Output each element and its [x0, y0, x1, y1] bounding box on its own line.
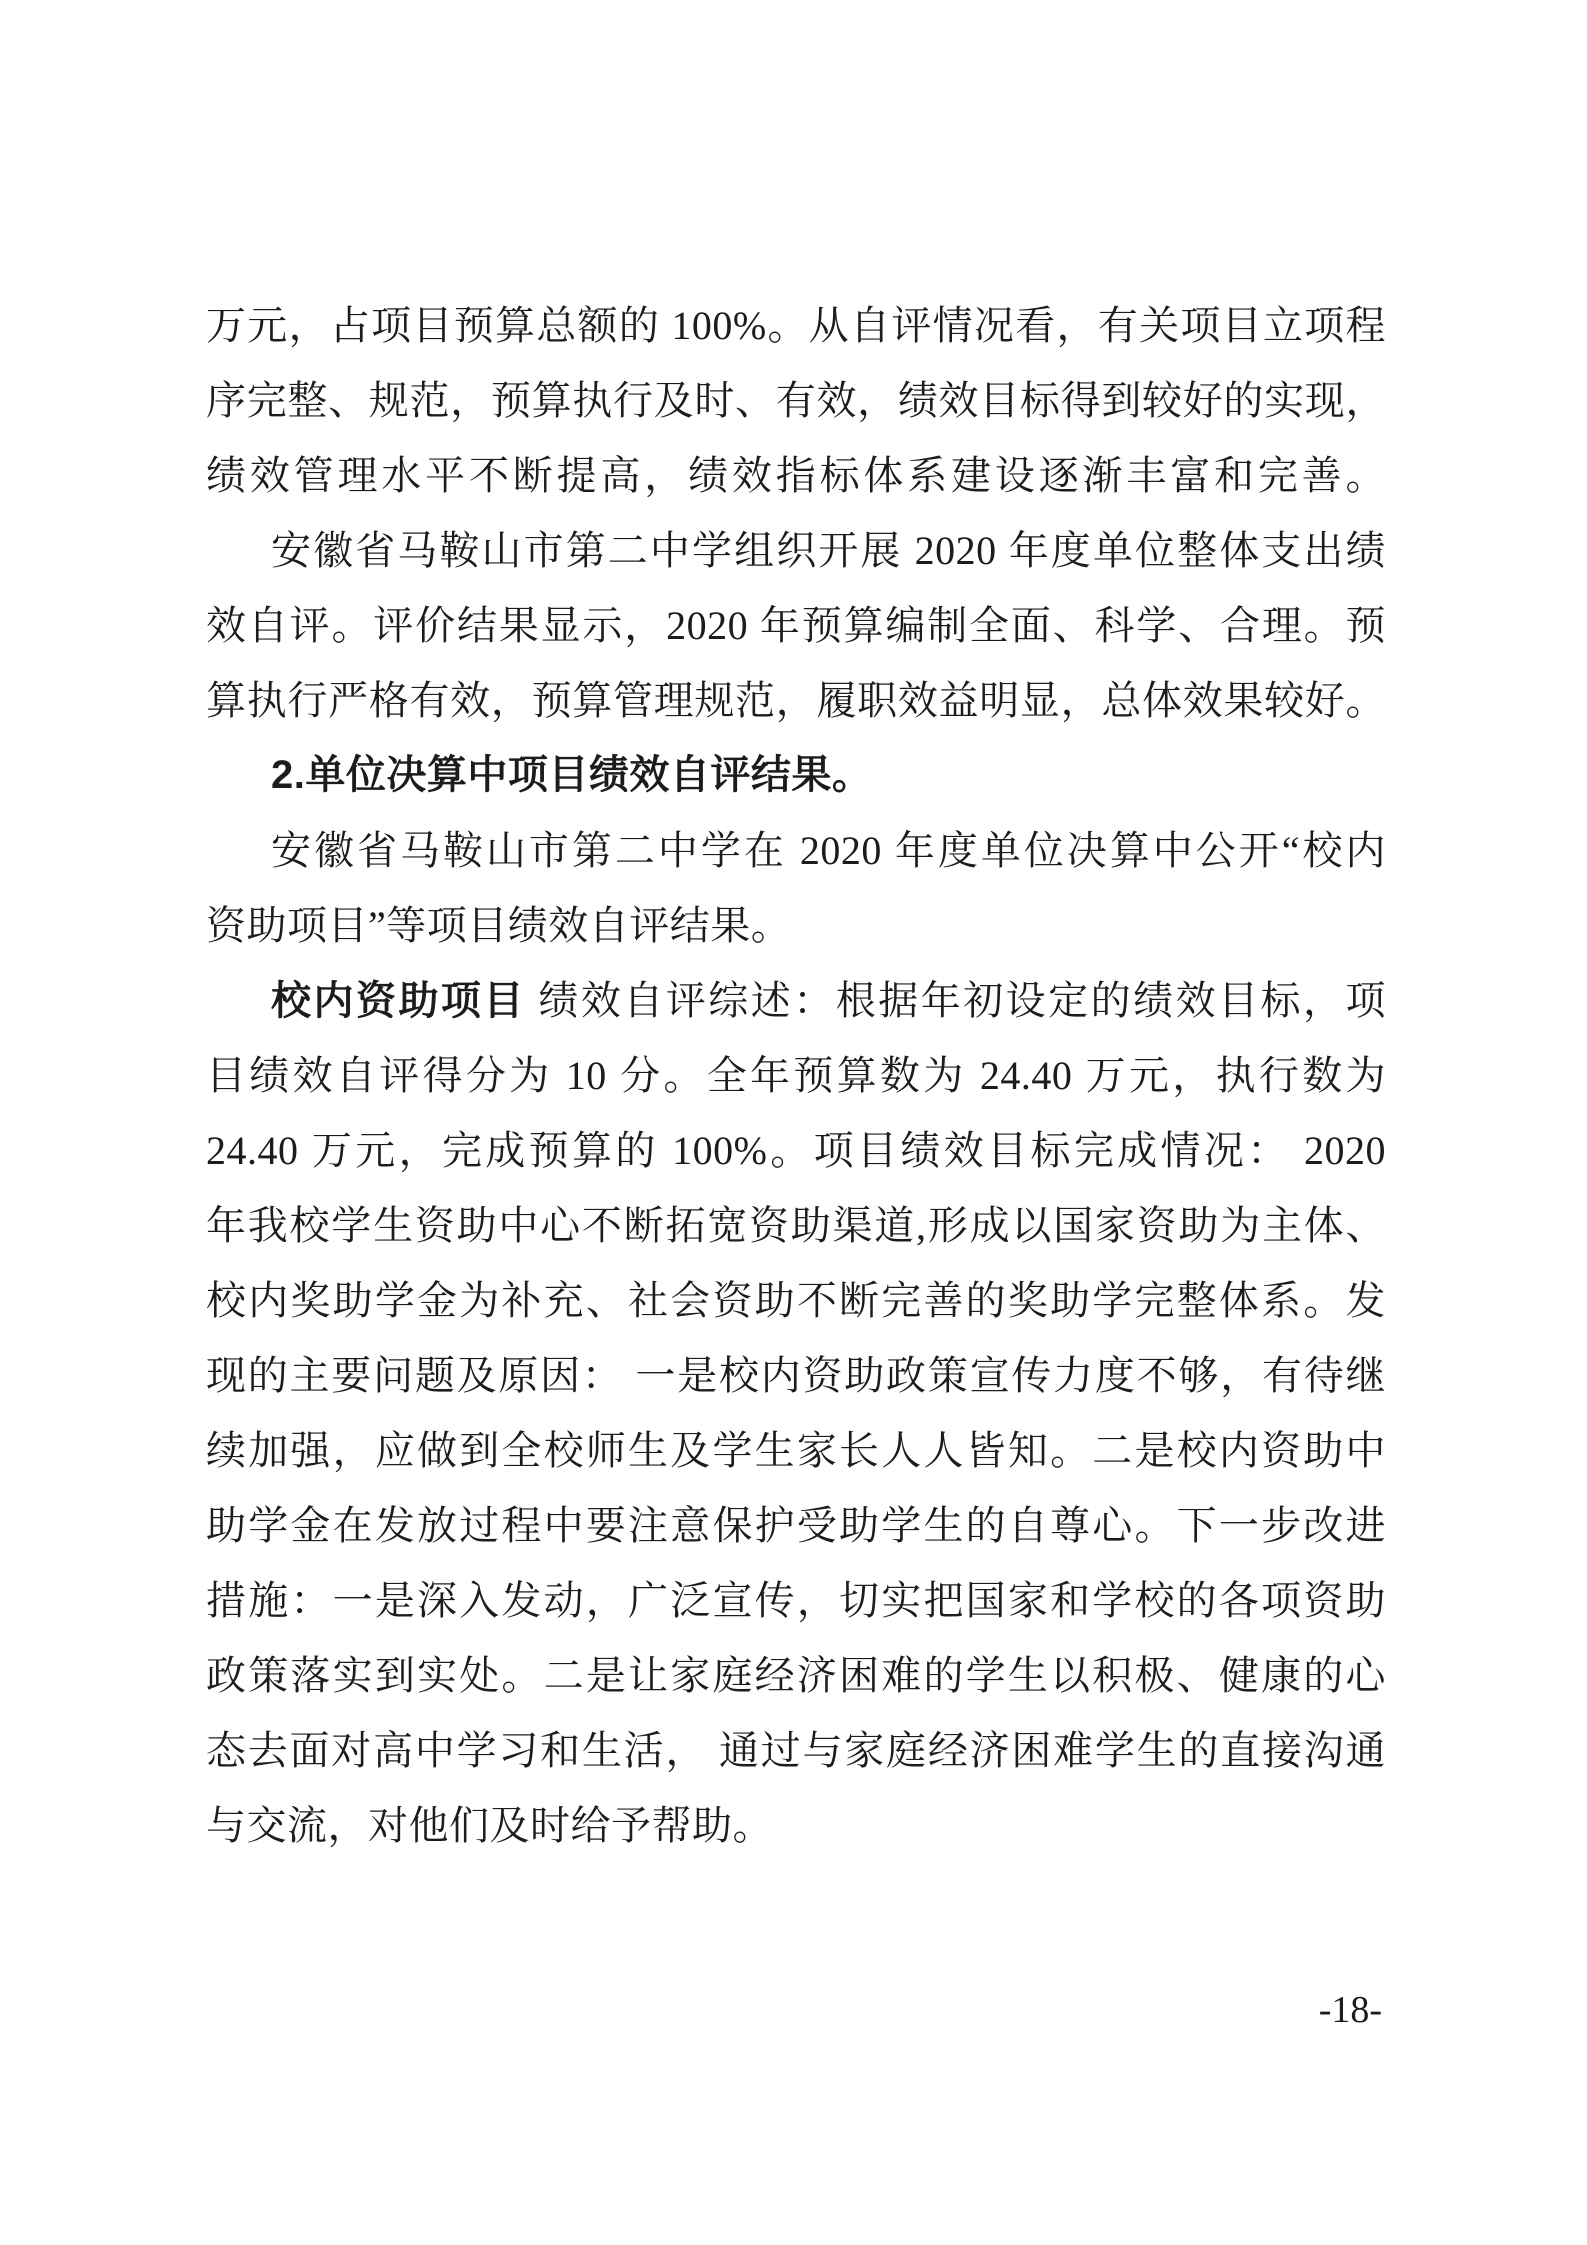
- paragraph-overall-eval-continuation: 万元，占项目预算总额的 100%。从自评情况看，有关项目立项程序完整、规范，预算…: [206, 288, 1386, 513]
- text-line: 与交流，对他们及时给予帮助。: [206, 1788, 1386, 1863]
- text-line: 24.40 万元，完成预算的 100%。项目绩效目标完成情况： 2020: [206, 1113, 1386, 1188]
- section-heading-project-self-eval: 2.单位决算中项目绩效自评结果。: [206, 738, 1386, 813]
- text-line: 政策落实到实处。二是让家庭经济困难的学生以积极、健康的心: [206, 1638, 1386, 1713]
- text-line-project-lead: 校内资助项目 绩效自评综述：根据年初设定的绩效目标，项: [206, 963, 1386, 1038]
- project-name-bold: 校内资助项目: [271, 979, 526, 1023]
- document-body: 万元，占项目预算总额的 100%。从自评情况看，有关项目立项程序完整、规范，预算…: [206, 288, 1386, 1863]
- text-line: 资助项目”等项目绩效自评结果。: [206, 888, 1386, 963]
- text-line: 措施：一是深入发动，广泛宣传，切实把国家和学校的各项资助: [206, 1563, 1386, 1638]
- paragraph-disclosure: 安徽省马鞍山市第二中学在 2020 年度单位决算中公开“校内资助项目”等项目绩效…: [206, 813, 1386, 963]
- text-line: 校内奖助学金为补充、社会资助不断完善的奖助学完整体系。发: [206, 1263, 1386, 1338]
- paragraph-project-detail-body: 目绩效自评得分为 10 分。全年预算数为 24.40 万元，执行数为24.40 …: [206, 1038, 1386, 1863]
- document-page: 万元，占项目预算总额的 100%。从自评情况看，有关项目立项程序完整、规范，预算…: [0, 0, 1587, 2245]
- text-line: 续加强，应做到全校师生及学生家长人人皆知。二是校内资助中: [206, 1413, 1386, 1488]
- text-line: 安徽省马鞍山市第二中学在 2020 年度单位决算中公开“校内: [206, 813, 1386, 888]
- text-line: 万元，占项目预算总额的 100%。从自评情况看，有关项目立项程: [206, 288, 1386, 363]
- text-line: 助学金在发放过程中要注意保护受助学生的自尊心。下一步改进: [206, 1488, 1386, 1563]
- text-line: 态去面对高中学习和生活， 通过与家庭经济困难学生的直接沟通: [206, 1713, 1386, 1788]
- text-line: 年我校学生资助中心不断拓宽资助渠道,形成以国家资助为主体、: [206, 1188, 1386, 1263]
- text-line: 目绩效自评得分为 10 分。全年预算数为 24.40 万元，执行数为: [206, 1038, 1386, 1113]
- text-line: 效自评。评价结果显示，2020 年预算编制全面、科学、合理。预: [206, 588, 1386, 663]
- text-line: 安徽省马鞍山市第二中学组织开展 2020 年度单位整体支出绩: [206, 513, 1386, 588]
- text-line: 绩效管理水平不断提高，绩效指标体系建设逐渐丰富和完善。: [206, 438, 1386, 513]
- project-lead-rest: 绩效自评综述：根据年初设定的绩效目标，项: [526, 978, 1386, 1023]
- text-line: 现的主要问题及原因： 一是校内资助政策宣传力度不够，有待继: [206, 1338, 1386, 1413]
- text-line: 算执行严格有效，预算管理规范，履职效益明显，总体效果较好。: [206, 663, 1386, 738]
- page-number: -18-: [1319, 1988, 1382, 2032]
- text-line: 序完整、规范，预算执行及时、有效，绩效目标得到较好的实现，: [206, 363, 1386, 438]
- paragraph-project-detail-first-line: 校内资助项目 绩效自评综述：根据年初设定的绩效目标，项: [206, 963, 1386, 1038]
- paragraph-unit-self-eval: 安徽省马鞍山市第二中学组织开展 2020 年度单位整体支出绩效自评。评价结果显示…: [206, 513, 1386, 738]
